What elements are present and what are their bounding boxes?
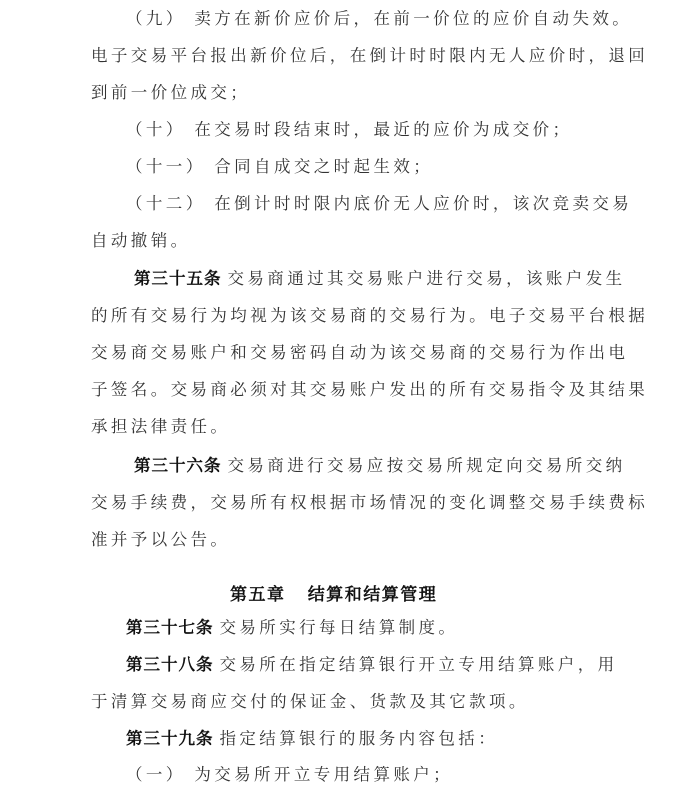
article-35-line-5: 承担法律责任。 bbox=[91, 416, 230, 438]
article-35-label: 第三十五条 bbox=[134, 269, 222, 288]
clause-9-line-1: （九） 卖方在新价应价后，在前一价位的应价自动失效。 bbox=[126, 8, 632, 30]
article-39: 第三十九条指定结算银行的服务内容包括： bbox=[126, 728, 498, 750]
article-38-line-1: 第三十八条交易所在指定结算银行开立专用结算账户，用 bbox=[126, 654, 618, 676]
article-38-label: 第三十八条 bbox=[126, 655, 214, 674]
article-35-line-3: 交易商交易账户和交易密码自动为该交易商的交易行为作出电 bbox=[91, 342, 628, 364]
article-36-line-1: 第三十六条交易商进行交易应按交易所规定向交易所交纳 bbox=[134, 455, 626, 477]
article-37: 第三十七条交易所实行每日结算制度。 bbox=[126, 617, 458, 639]
article-35-line-1: 第三十五条交易商通过其交易账户进行交易，该账户发生 bbox=[134, 268, 626, 290]
clause-9-line-3: 到前一价位成交； bbox=[91, 82, 250, 104]
chapter-5-heading: 第五章 结算和结算管理 bbox=[230, 580, 437, 605]
article-39-label: 第三十九条 bbox=[126, 729, 214, 748]
article-36-line-3: 准并予以公告。 bbox=[91, 529, 230, 551]
article-36-label: 第三十六条 bbox=[134, 456, 222, 475]
article-37-label: 第三十七条 bbox=[126, 618, 214, 637]
article-36-line-2: 交易手续费，交易所有权根据市场情况的变化调整交易手续费标 bbox=[91, 492, 648, 514]
clause-12-line-1: （十二） 在倒计时时限内底价无人应价时，该次竞卖交易 bbox=[126, 193, 632, 215]
clause-12-line-2: 自动撤销。 bbox=[91, 230, 191, 252]
list-item-1: （一） 为交易所开立专用结算账户； bbox=[126, 764, 453, 785]
clause-10: （十） 在交易时段结束时，最近的应价为成交价； bbox=[126, 119, 572, 141]
article-35-line-4: 子签名。交易商必须对其交易账户发出的所有交易指令及其结果 bbox=[91, 379, 648, 401]
article-38-line-2: 于清算交易商应交付的保证金、货款及其它款项。 bbox=[91, 691, 529, 713]
article-35-line-2: 的所有交易行为均视为该交易商的交易行为。电子交易平台根据 bbox=[91, 305, 648, 327]
clause-11: （十一） 合同自成交之时起生效； bbox=[126, 156, 433, 178]
clause-9-line-2: 电子交易平台报出新价位后，在倒计时时限内无人应价时，退回 bbox=[91, 45, 648, 67]
